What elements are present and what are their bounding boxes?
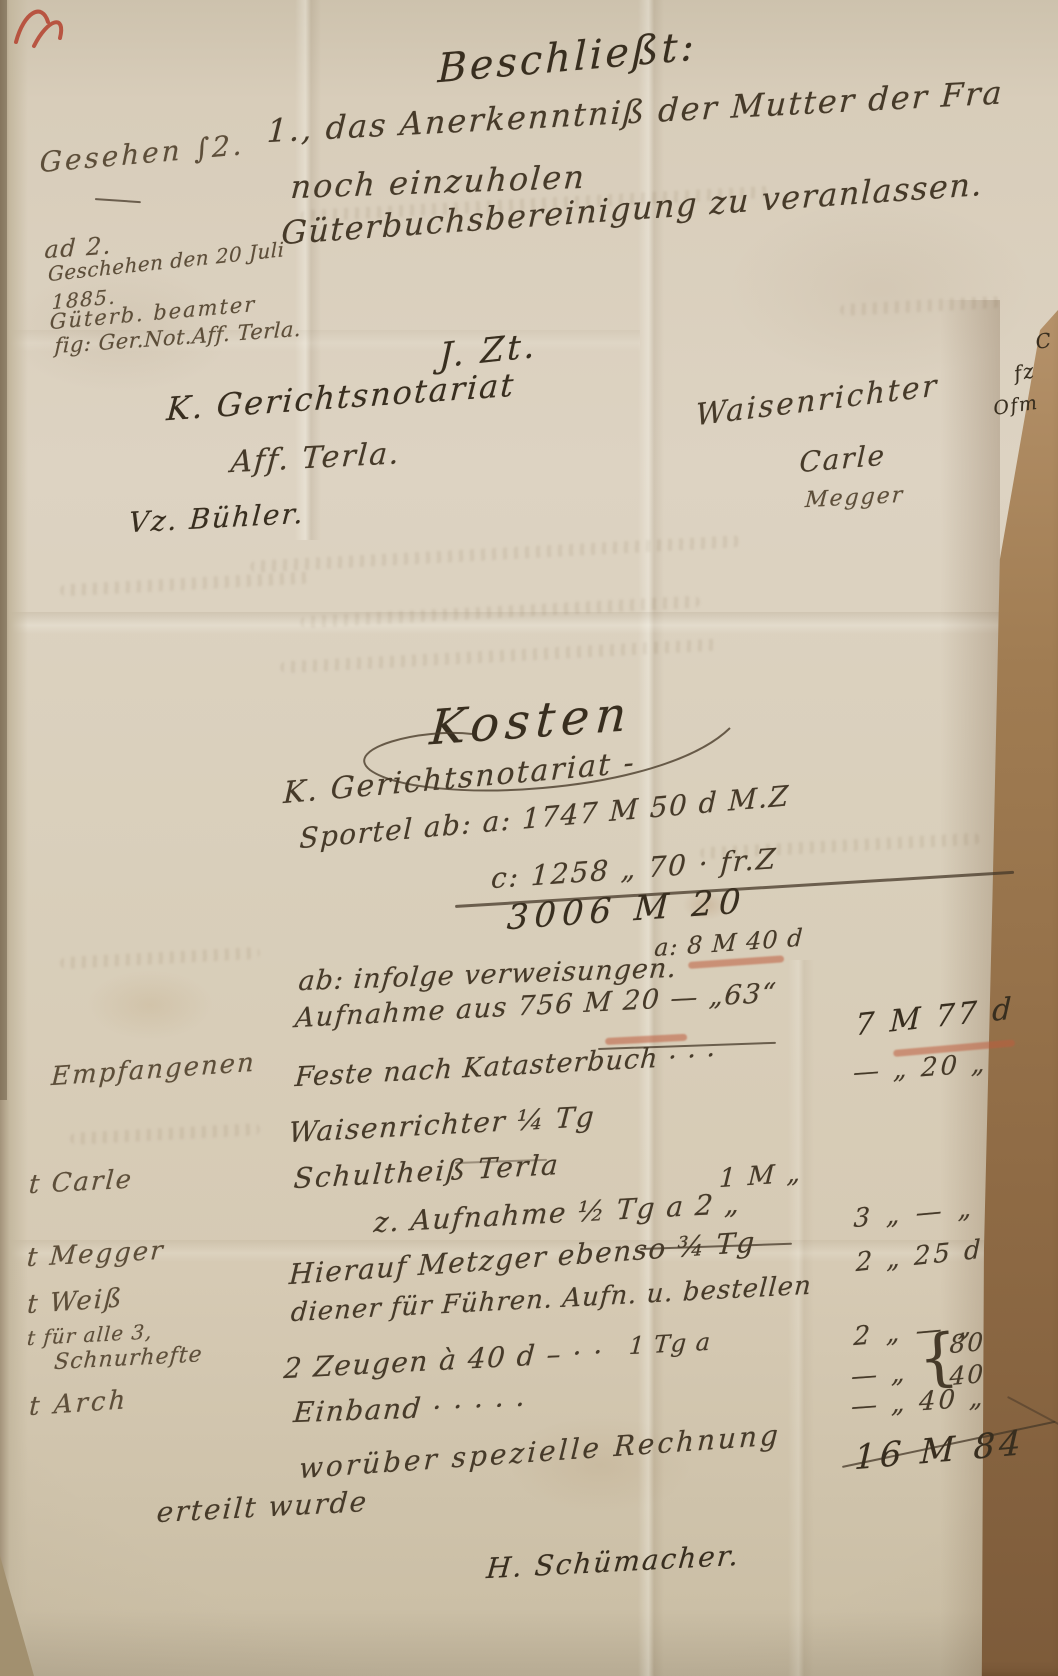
ghost-writing <box>60 947 260 969</box>
signature-right: Megger <box>804 483 905 513</box>
vertical-fold <box>788 960 814 1676</box>
manuscript-page: C fz Ofm Beschließt: 1., das Anerkenntni… <box>0 0 1058 1676</box>
ghost-writing <box>60 571 310 596</box>
signature-right: Carle <box>799 438 887 479</box>
margin-note: Gesehen ∫2. <box>39 128 245 179</box>
underline <box>95 198 141 203</box>
margin-note: t Weiß <box>26 1283 124 1320</box>
kosten-line: worüber spezielle Rechnung <box>298 1418 782 1485</box>
kosten-line: Einband · · · · · <box>292 1388 527 1429</box>
amount: 80 <box>949 1327 986 1359</box>
kosten-line: Schultheiß Terla <box>293 1148 561 1195</box>
red-ink-mark <box>8 0 98 60</box>
margin-note: t Megger <box>26 1236 166 1273</box>
signature-court: Aff. Terla. <box>230 436 402 480</box>
vertical-fold <box>638 0 664 1676</box>
horizontal-fold <box>0 612 1058 634</box>
kosten-line: 2 Zeugen à 40 d – · · <box>283 1335 605 1385</box>
left-edge-shadow <box>0 0 7 1100</box>
ghost-writing <box>250 535 740 573</box>
signature-right: Waisenrichter <box>695 368 939 433</box>
adjacent-page-writing-fragment: fz <box>1012 358 1037 385</box>
margin-note: Empfangenen <box>50 1048 256 1092</box>
margin-note: t Arch <box>28 1385 129 1422</box>
signature-court: K. Gerichtsnotariat <box>165 366 516 429</box>
ghost-writing <box>70 1123 260 1145</box>
kosten-line: Waisenrichter ¼ Tg <box>288 1100 597 1149</box>
amount: — „ <box>850 1358 908 1392</box>
resolution-line: 1., das Anerkenntniß der Mutter der Fra <box>266 73 1005 150</box>
margin-note: t Carle <box>28 1165 134 1201</box>
signature-left: Vz. Bühler. <box>128 497 306 539</box>
signature-bottom: H. Schümacher. <box>485 1539 741 1585</box>
kosten-line: erteilt wurde <box>156 1485 370 1529</box>
adjacent-page-writing-fragment: C <box>1034 328 1054 354</box>
kosten-line: 1 Tg a <box>628 1328 712 1360</box>
